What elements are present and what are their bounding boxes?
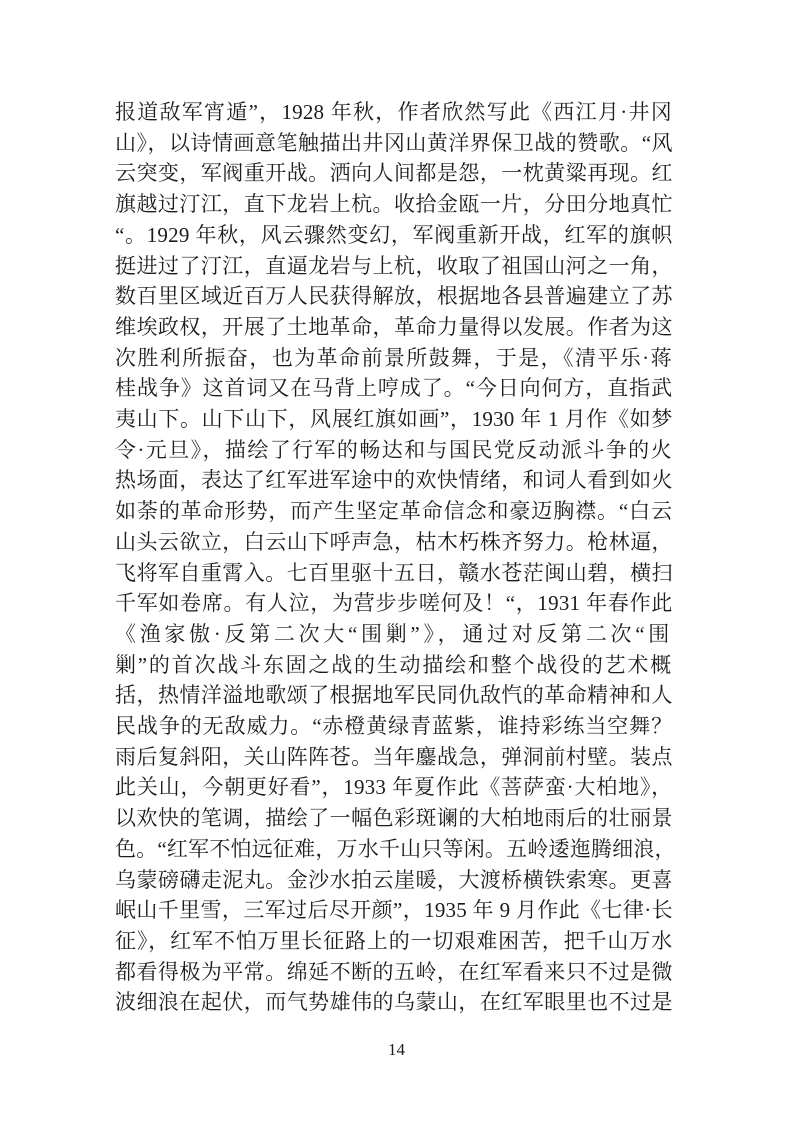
text-line: 乌蒙磅礴走泥丸。金沙水拍云崖暖，大渡桥横铁索寒。更喜 bbox=[115, 865, 673, 896]
text-line: 报道敌军宵遁”，1928 年秋，作者欣然写此《西江月·井冈 bbox=[115, 97, 673, 128]
text-line: 飞将军自重霄入。七百里驱十五日，赣水苍茫闽山碧，横扫 bbox=[115, 558, 673, 589]
text-line: 民战争的无敌威力。“赤橙黄绿青蓝紫，谁持彩练当空舞？ bbox=[115, 711, 673, 742]
text-line: 挺进过了汀江，直逼龙岩与上杭，收取了祖国山河之一角， bbox=[115, 251, 673, 282]
text-line: 以欢快的笔调，描绘了一幅色彩斑谰的大柏地雨后的壮丽景 bbox=[115, 803, 673, 834]
text-line: 括，热情洋溢地歌颂了根据地军民同仇敌忾的革命精神和人 bbox=[115, 680, 673, 711]
text-line: 剿”的首次战斗东固之战的生动描绘和整个战役的艺术概 bbox=[115, 650, 673, 681]
text-line: 热场面，表达了红军进军途中的欢快情绪，和词人看到如火 bbox=[115, 465, 673, 496]
document-body-text: 报道敌军宵遁”，1928 年秋，作者欣然写此《西江月·井冈山》，以诗情画意笔触描… bbox=[115, 97, 673, 1018]
text-line: 此关山，今朝更好看”，1933 年夏作此《菩萨蛮·大柏地》， bbox=[115, 772, 673, 803]
text-line: 山头云欲立，白云山下呼声急，枯木朽株齐努力。枪林逼， bbox=[115, 527, 673, 558]
text-line: 色。“红军不怕远征难，万水千山只等闲。五岭逶迤腾细浪， bbox=[115, 834, 673, 865]
text-line: 如荼的革命形势，而产生坚定革命信念和豪迈胸襟。“白云 bbox=[115, 496, 673, 527]
text-line: 旗越过汀江，直下龙岩上杭。收拾金瓯一片，分田分地真忙 bbox=[115, 189, 673, 220]
text-line: 数百里区域近百万人民获得解放，根据地各县普遍建立了苏 bbox=[115, 281, 673, 312]
text-line: 雨后复斜阳，关山阵阵苍。当年鏖战急，弹洞前村壁。装点 bbox=[115, 742, 673, 773]
text-line: 山》，以诗情画意笔触描出井冈山黄洋界保卫战的赞歌。“风 bbox=[115, 128, 673, 159]
text-line: 次胜利所振奋，也为革命前景所鼓舞，于是，《清平乐·蒋 bbox=[115, 343, 673, 374]
document-page: 报道敌军宵遁”，1928 年秋，作者欣然写此《西江月·井冈山》，以诗情画意笔触描… bbox=[0, 0, 793, 1122]
text-line: 《渔家傲·反第二次大“围剿”》，通过对反第二次“围 bbox=[115, 619, 673, 650]
text-line: 维埃政权，开展了土地革命，革命力量得以发展。作者为这 bbox=[115, 312, 673, 343]
text-line: 千军如卷席。有人泣，为营步步嗟何及！“，1931 年春作此 bbox=[115, 588, 673, 619]
text-line: 云突变，军阀重开战。洒向人间都是怨，一枕黄粱再现。红 bbox=[115, 158, 673, 189]
page-number: 14 bbox=[0, 1040, 793, 1060]
text-line: 都看得极为平常。绵延不断的五岭，在红军看来只不过是微 bbox=[115, 957, 673, 988]
text-line: 令·元旦》，描绘了行军的畅达和与国民党反动派斗争的火 bbox=[115, 435, 673, 466]
text-line: 波细浪在起伏，而气势雄伟的乌蒙山，在红军眼里也不过是 bbox=[115, 987, 673, 1018]
text-line: 岷山千里雪，三军过后尽开颜”，1935 年 9 月作此《七律·长 bbox=[115, 895, 673, 926]
text-line: 桂战争》这首词又在马背上哼成了。“今日向何方，直指武 bbox=[115, 373, 673, 404]
text-line: 夷山下。山下山下，风展红旗如画”，1930 年 1 月作《如梦 bbox=[115, 404, 673, 435]
text-line: “。1929 年秋，风云骤然变幻，军阀重新开战，红军的旗帜 bbox=[115, 220, 673, 251]
text-line: 征》，红军不怕万里长征路上的一切艰难困苦，把千山万水 bbox=[115, 926, 673, 957]
